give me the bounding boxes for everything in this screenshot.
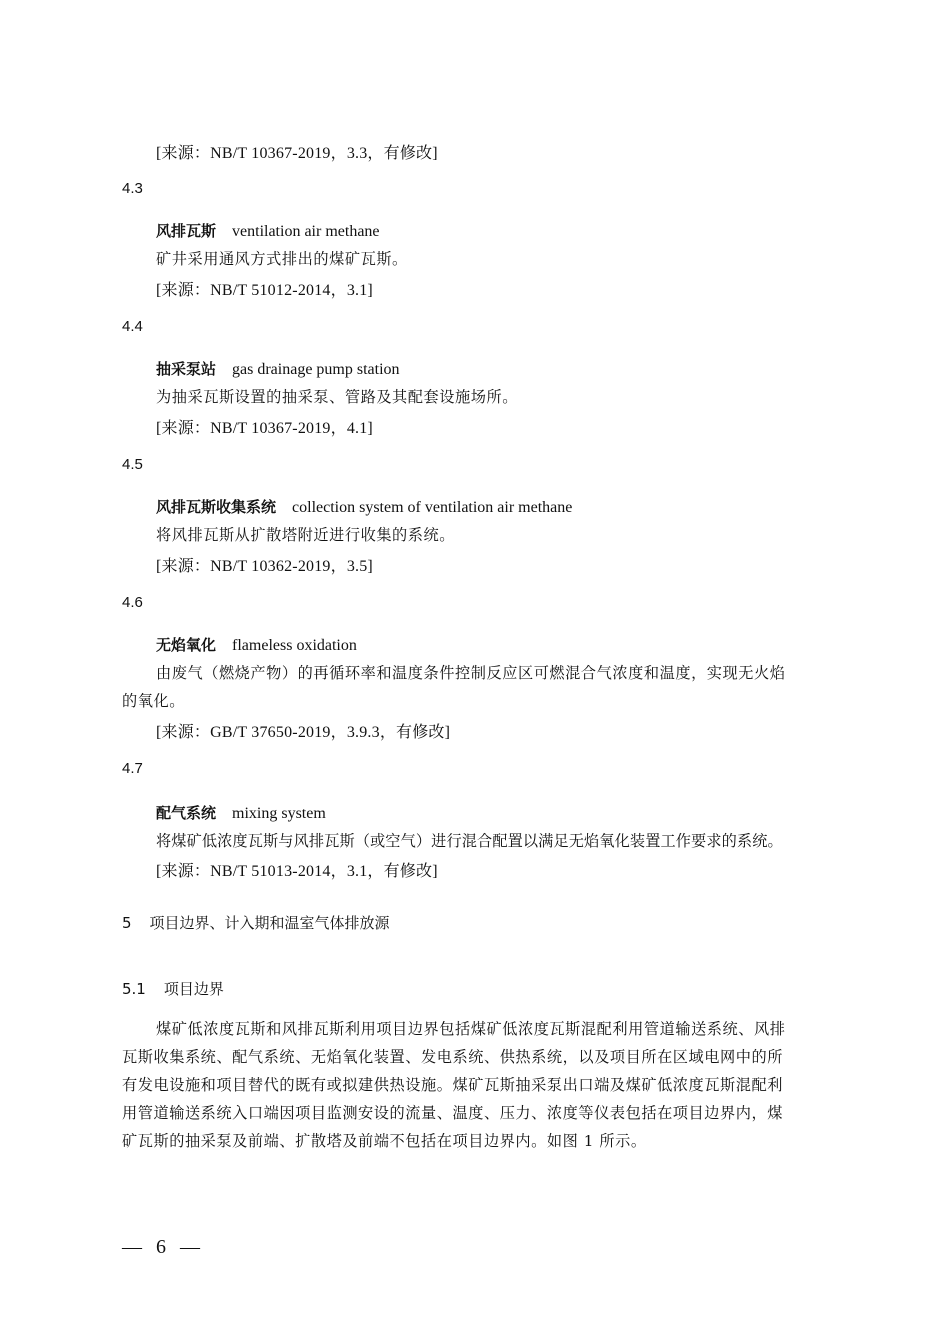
paragraph-line: 煤矿低浓度瓦斯和风排瓦斯利用项目边界包括煤矿低浓度瓦斯混配利用管道输送系统、风排 — [156, 1018, 786, 1039]
section-title: 项目边界、计入期和温室气体排放源 — [150, 914, 390, 932]
footer-dash-left: — — [122, 1236, 142, 1258]
term-entry: 抽采泵站gas drainage pump station — [156, 358, 400, 379]
term-definition: 为抽采瓦斯设置的抽采泵、管路及其配套设施场所。 — [156, 386, 518, 407]
term-definition: 由废气（燃烧产物）的再循环率和温度条件控制反应区可燃混合气浓度和温度，实现无火焰 — [156, 662, 786, 683]
page-number: 6 — [156, 1236, 166, 1258]
source-citation: [来源：NB/T 51013-2014，3.1，有修改] — [156, 858, 438, 881]
paragraph-line: 瓦斯收集系统、配气系统、无焰氧化装置、发电系统、供热系统，以及项目所在区域电网中… — [122, 1046, 783, 1067]
term-english: ventilation air methane — [232, 223, 380, 240]
term-definition-continued: 的氧化。 — [122, 690, 185, 711]
source-citation: [来源：NB/T 10362-2019，3.5] — [156, 553, 373, 576]
source-citation: [来源：GB/T 37650-2019，3.9.3，有修改] — [156, 719, 450, 742]
footer-dash-right: — — [180, 1236, 200, 1258]
source-citation: [来源：NB/T 10367-2019，4.1] — [156, 415, 373, 438]
term-english: gas drainage pump station — [232, 361, 400, 378]
term-definition: 矿井采用通风方式排出的煤矿瓦斯。 — [156, 248, 408, 269]
paragraph-line: 矿瓦斯的抽采泵及前端、扩散塔及前端不包括在项目边界内。如图 1 所示。 — [122, 1130, 647, 1151]
term-chinese: 风排瓦斯收集系统 — [156, 498, 276, 516]
clause-number: 4.6 — [122, 594, 143, 611]
term-chinese: 抽采泵站 — [156, 360, 216, 378]
subsection-number: 5.1 — [122, 980, 146, 998]
source-citation: [来源：NB/T 10367-2019，3.3，有修改] — [156, 140, 438, 163]
term-chinese: 配气系统 — [156, 804, 216, 822]
term-entry: 风排瓦斯收集系统collection system of ventilation… — [156, 496, 572, 517]
subsection-heading: 5.1项目边界 — [122, 978, 224, 999]
clause-number: 4.5 — [122, 456, 143, 473]
term-definition: 将风排瓦斯从扩散塔附近进行收集的系统。 — [156, 524, 455, 545]
section-heading: 5项目边界、计入期和温室气体排放源 — [122, 912, 390, 933]
term-english: flameless oxidation — [232, 637, 357, 654]
term-chinese: 无焰氧化 — [156, 636, 216, 654]
source-citation: [来源：NB/T 51012-2014，3.1] — [156, 277, 373, 300]
term-entry: 无焰氧化flameless oxidation — [156, 634, 357, 655]
paragraph-line: 用管道输送系统入口端因项目监测安设的流量、温度、压力、浓度等仪表包括在项目边界内… — [122, 1102, 783, 1123]
paragraph-line: 有发电设施和项目替代的既有或拟建供热设施。煤矿瓦斯抽采泵出口端及煤矿低浓度瓦斯混… — [122, 1074, 783, 1095]
term-chinese: 风排瓦斯 — [156, 222, 216, 240]
term-definition: 将煤矿低浓度瓦斯与风排瓦斯（或空气）进行混合配置以满足无焰氧化装置工作要求的系统… — [156, 830, 783, 851]
term-english: collection system of ventilation air met… — [292, 499, 572, 516]
term-english: mixing system — [232, 805, 326, 822]
subsection-title: 项目边界 — [164, 980, 224, 998]
term-entry: 风排瓦斯ventilation air methane — [156, 220, 380, 241]
page-footer: —6— — [122, 1236, 200, 1259]
clause-number: 4.4 — [122, 318, 143, 335]
section-number: 5 — [122, 914, 132, 932]
clause-number: 4.7 — [122, 760, 143, 777]
term-entry: 配气系统mixing system — [156, 802, 326, 823]
clause-number: 4.3 — [122, 180, 143, 197]
